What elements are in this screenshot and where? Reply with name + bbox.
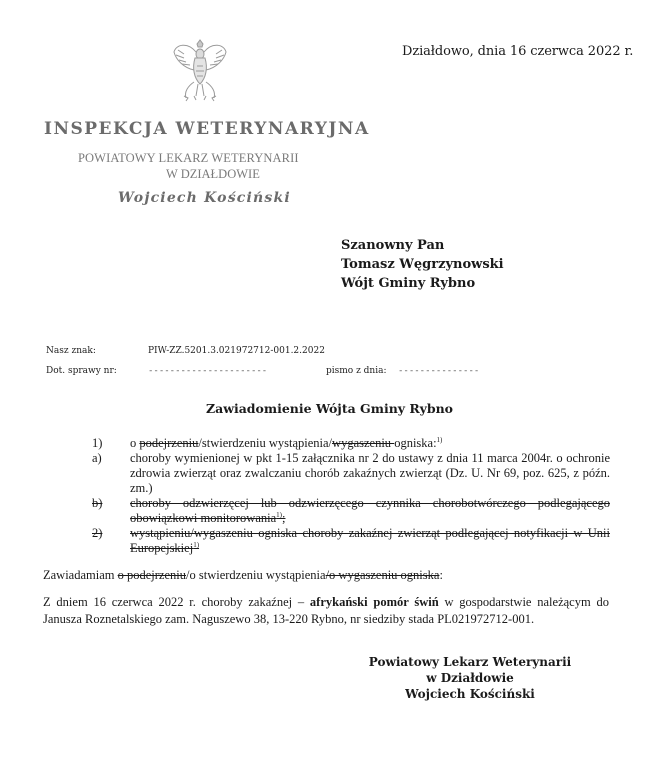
- notification-body: Z dniem 16 czerwca 2022 r. choroby zakaź…: [43, 594, 609, 627]
- our-ref-value: PIW-ZZ.5201.3.021972712-001.2.2022: [148, 346, 325, 356]
- list-item: 2) wystąpieniu/wygaszeniu ogniska chorob…: [92, 526, 610, 556]
- polish-eagle-emblem-icon: [170, 38, 230, 104]
- case-number-value: ----------------------: [148, 366, 267, 376]
- notification-statement: Zawiadamiam o podejrzeniu/o stwierdzeniu…: [43, 568, 443, 583]
- list-item: 1) o podejrzeniu/stwierdzeniu wystąpieni…: [92, 436, 610, 451]
- letter-date-label: pismo z dnia:: [326, 366, 387, 376]
- addressee-salutation: Szanowny Pan: [341, 236, 504, 255]
- document-subject: Zawiadomienie Wójta Gminy Rybno: [0, 401, 659, 416]
- letter-date-value: ---------------: [398, 366, 479, 376]
- addressee-name: Tomasz Węgrzynowski: [341, 255, 504, 274]
- list-item: b) choroby odzwierzęcej lub odzwierzęceg…: [92, 496, 610, 526]
- signature-block: Powiatowy Lekarz Weterynarii w Działdowi…: [360, 654, 580, 702]
- disease-name: afrykański pomór świń: [310, 595, 439, 609]
- notification-options-list: 1) o podejrzeniu/stwierdzeniu wystąpieni…: [92, 436, 610, 556]
- office-line-2: W DZIAŁDOWIE: [166, 167, 260, 182]
- signature-name: Wojciech Kościński: [360, 686, 580, 702]
- addressee-title: Wójt Gminy Rybno: [341, 274, 504, 293]
- our-ref-label: Nasz znak:: [46, 346, 96, 356]
- list-item: a) choroby wymienionej w pkt 1-15 załącz…: [92, 451, 610, 496]
- case-number-label: Dot. sprawy nr:: [46, 366, 117, 376]
- signature-title: Powiatowy Lekarz Weterynarii: [360, 654, 580, 670]
- addressee-block: Szanowny Pan Tomasz Węgrzynowski Wójt Gm…: [341, 236, 504, 293]
- office-line-1: POWIATOWY LEKARZ WETERYNARII: [78, 151, 299, 166]
- place-date: Działdowo, dnia 16 czerwca 2022 r.: [402, 44, 633, 59]
- institution-title: INSPEKCJA WETERYNARYJNA: [44, 119, 370, 139]
- signature-location: w Działdowie: [360, 670, 580, 686]
- head-name: Wojciech Kościński: [118, 190, 291, 206]
